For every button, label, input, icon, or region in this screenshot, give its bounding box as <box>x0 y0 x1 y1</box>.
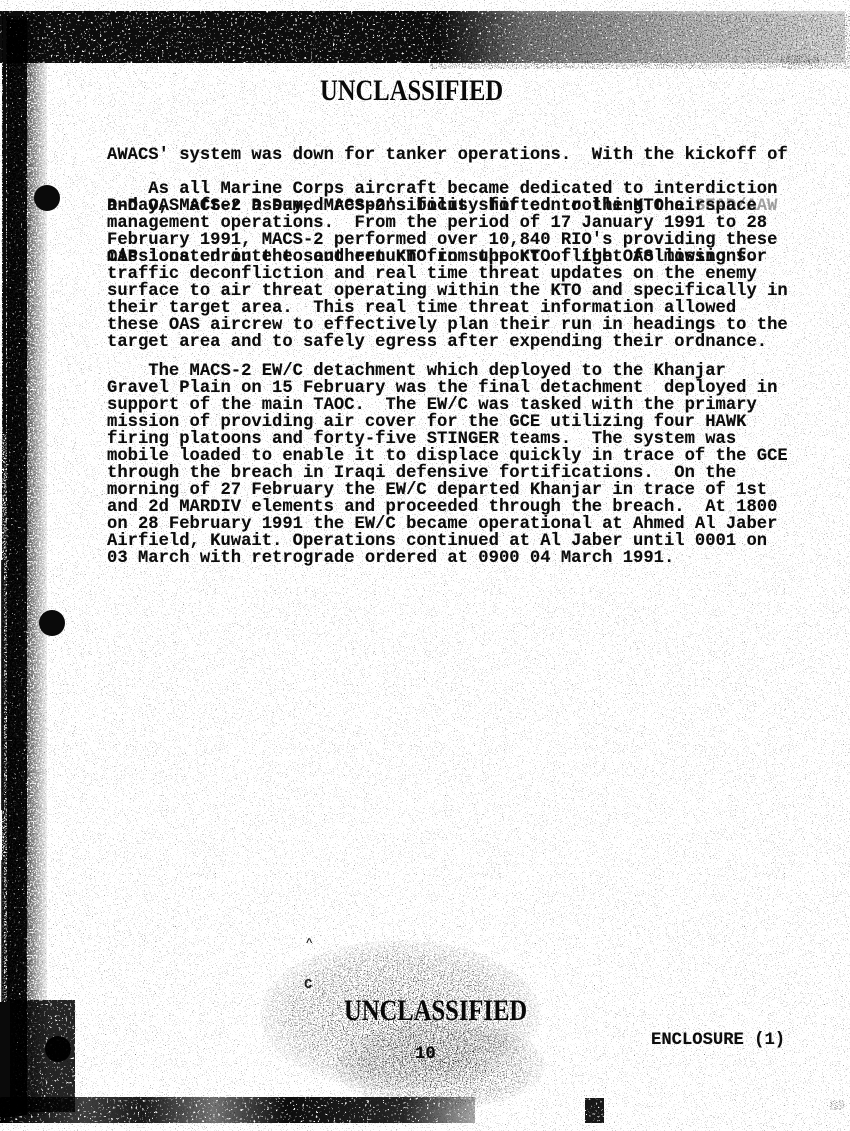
footer-classification-marking: UNCLASSIFIED <box>344 996 527 1026</box>
left-scan-band <box>2 16 47 1116</box>
left-scan-band-dense-core <box>7 20 27 1115</box>
bottom-scan-blob <box>585 1098 604 1123</box>
enclosure-label: ENCLOSURE (1) <box>651 1032 785 1049</box>
bottom-scan-fleck <box>830 1100 844 1110</box>
film-edge-line <box>3 14 6 434</box>
paragraph-3: The MACS-2 EW/C detachment which deploye… <box>107 363 788 567</box>
scanned-document-page: UNCLASSIFIED AWACS' system was down for … <box>0 0 850 1131</box>
footer-noise-cloud <box>335 1020 545 1110</box>
top-scan-band <box>0 11 845 63</box>
film-edge-line <box>1 560 4 810</box>
bottom-left-corner-speckle <box>10 1000 75 1112</box>
bottom-scan-band <box>0 1097 475 1123</box>
hole-punch-dot <box>39 610 65 636</box>
page-number: 10 <box>415 1046 436 1063</box>
header-classification-marking: UNCLASSIFIED <box>320 76 503 106</box>
paragraph-2: As all Marine Corps aircraft became dedi… <box>107 181 788 351</box>
top-right-smudge <box>778 55 822 65</box>
hole-punch-dot <box>45 1036 71 1062</box>
bottom-left-corner-block <box>0 1002 15 1117</box>
paragraph-1-line-1: AWACS' system was down for tanker operat… <box>107 147 788 164</box>
stray-mark: C <box>304 977 312 993</box>
hole-punch-dot <box>34 185 60 211</box>
top-scan-band-speckle-tail <box>430 14 850 69</box>
stray-mark: ^ <box>306 938 313 950</box>
film-edge-line <box>1 860 4 1110</box>
